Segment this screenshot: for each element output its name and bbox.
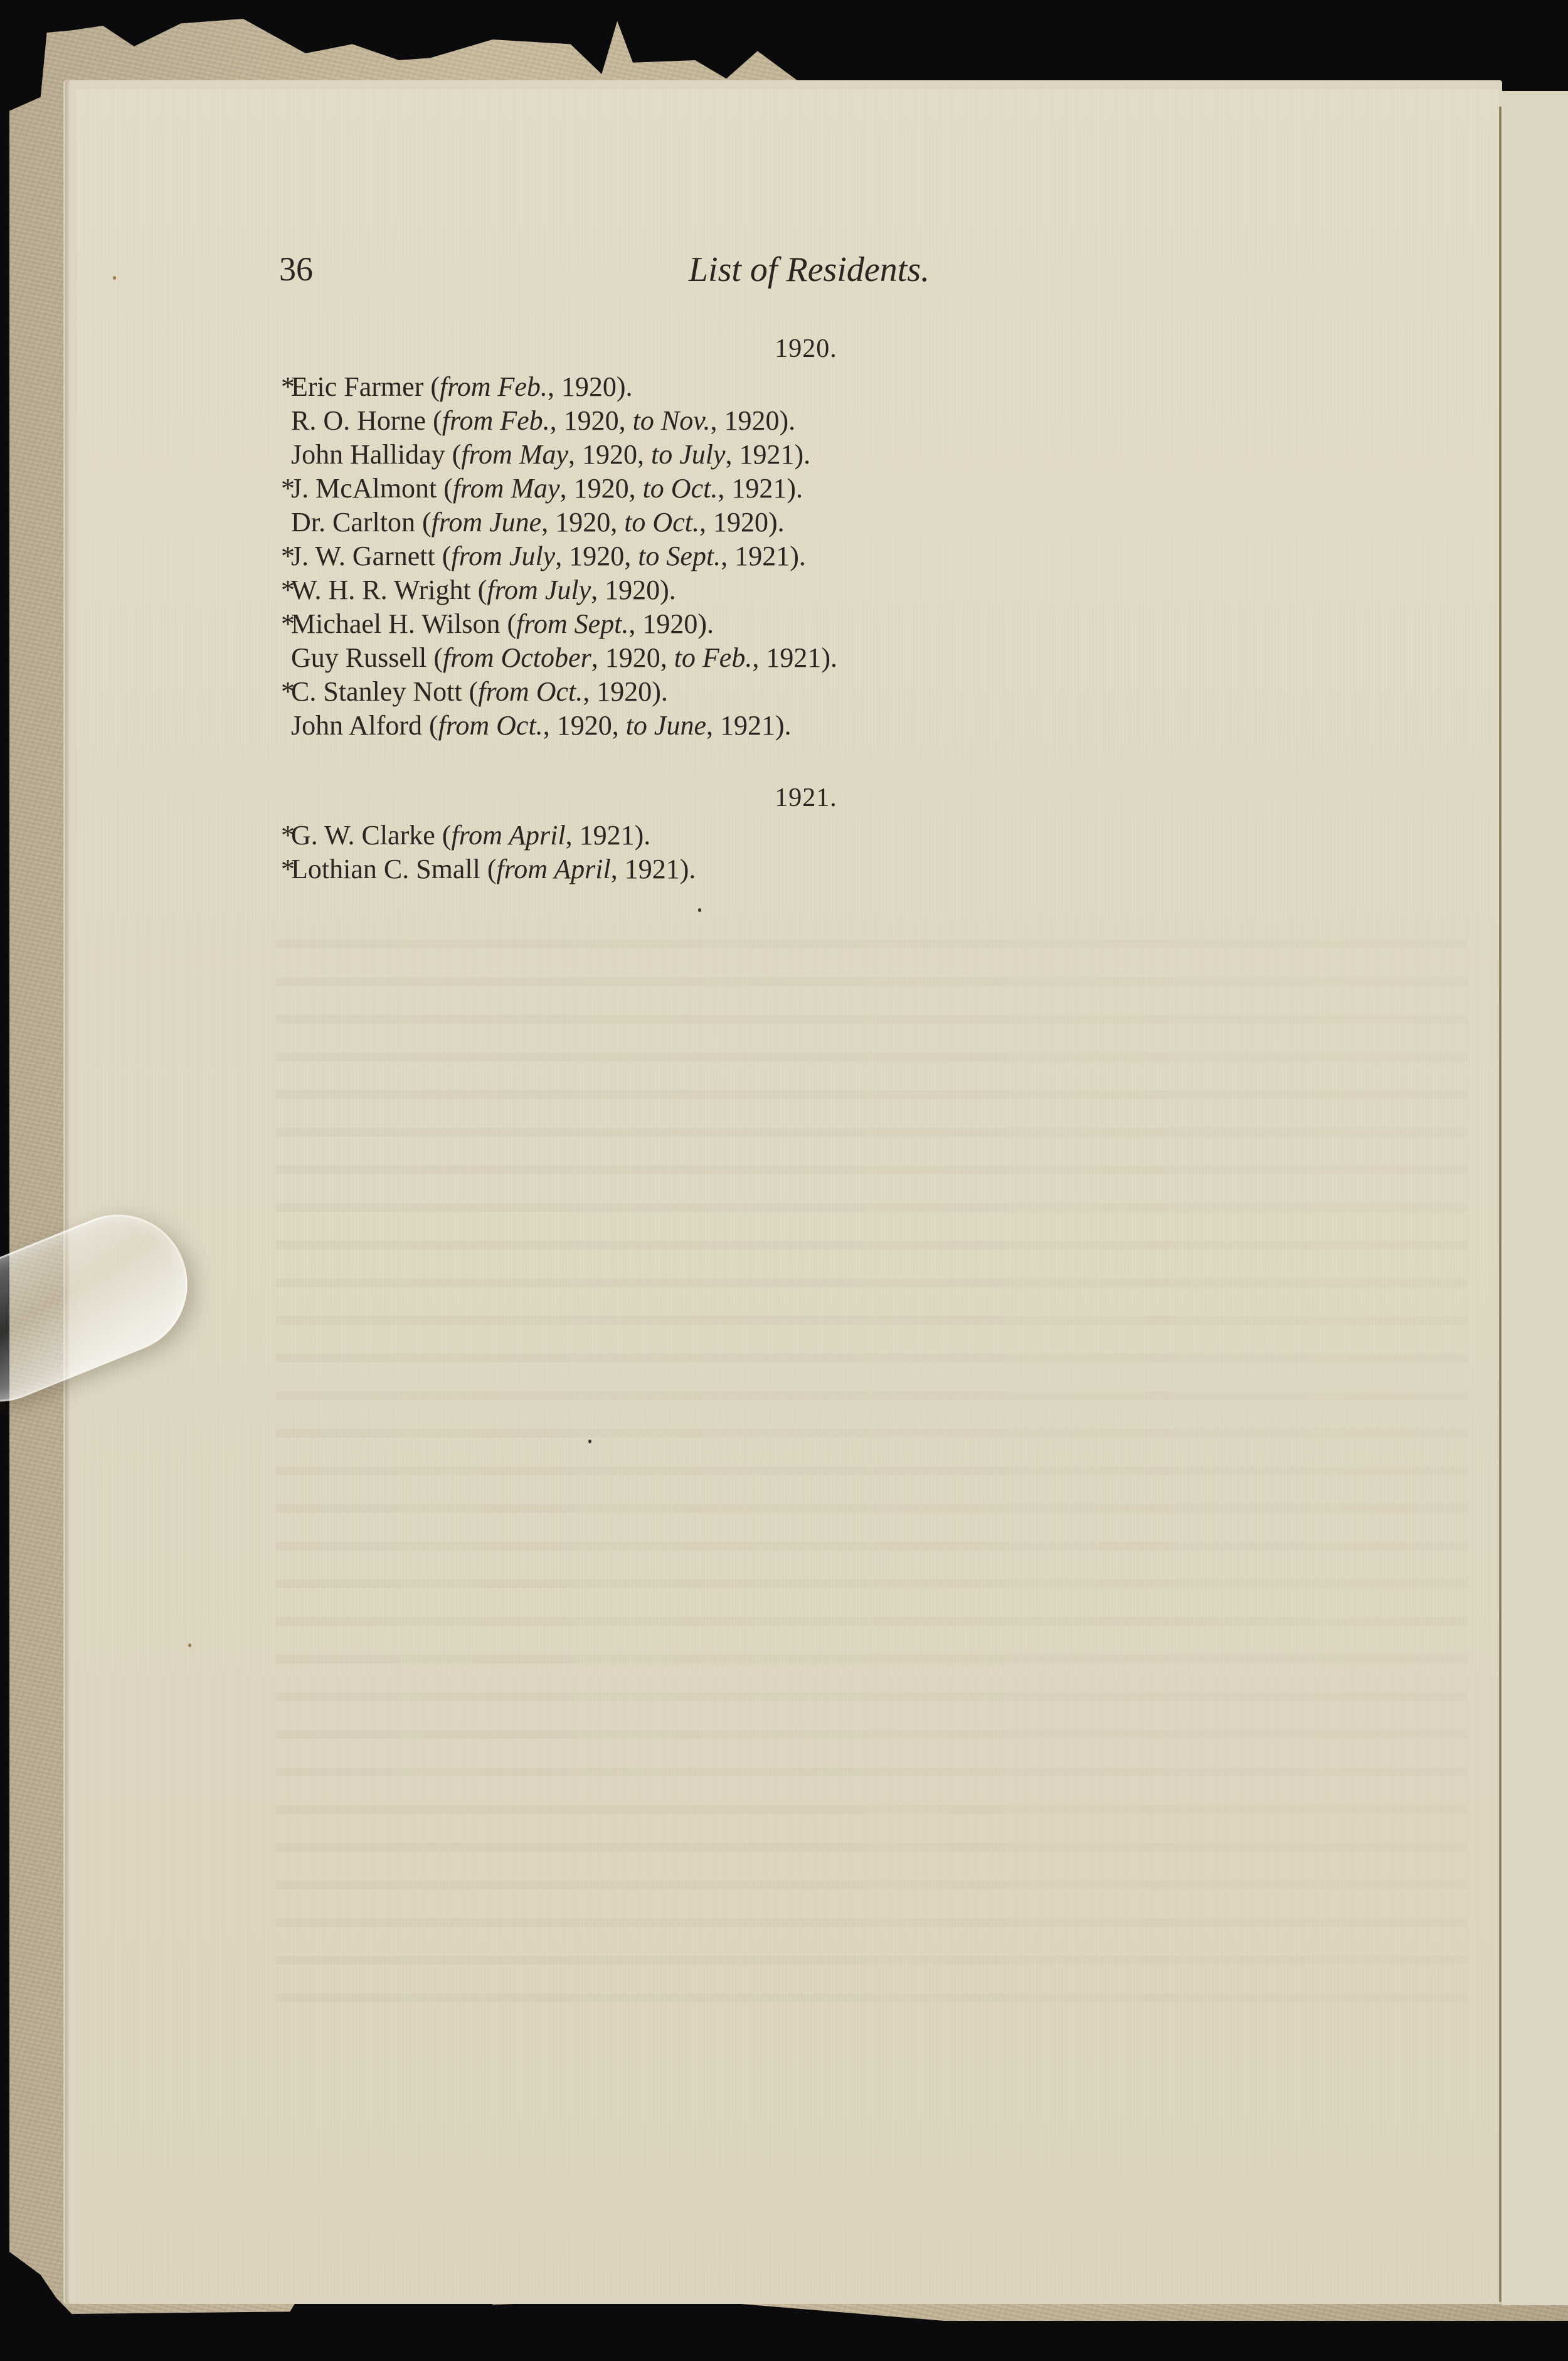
year-heading-1920: 1920. — [712, 334, 900, 364]
resident-entry: John Alford (from Oct., 1920, to June, 1… — [281, 709, 792, 743]
resident-entry: *W. H. R. Wright (from July, 1920). — [281, 573, 676, 607]
resident-entry: John Halliday (from May, 1920, to July, … — [281, 438, 810, 472]
ink-dot — [588, 1440, 591, 1443]
facing-page-edge — [1502, 91, 1568, 2305]
resident-entry: Dr. Carlton (from June, 1920, to Oct., 1… — [281, 506, 785, 539]
ink-dot — [698, 908, 701, 912]
resident-entry: *G. W. Clarke (from April, 1921). — [281, 819, 650, 852]
paper-speck — [188, 1643, 191, 1647]
paper-speck — [113, 276, 116, 280]
page-gutter — [1499, 107, 1502, 2302]
page-number: 36 — [279, 250, 313, 289]
resident-entry: Guy Russell (from October, 1920, to Feb.… — [281, 641, 837, 675]
resident-entry: *Lothian C. Small (from April, 1921). — [281, 852, 696, 886]
resident-entry: *J. McAlmont (from May, 1920, to Oct., 1… — [281, 472, 803, 506]
resident-entry: R. O. Horne (from Feb., 1920, to Nov., 1… — [281, 404, 795, 438]
running-title: List of Residents. — [677, 250, 941, 290]
resident-entry: *C. Stanley Nott (from Oct., 1920). — [281, 675, 668, 709]
resident-entry: *Michael H. Wilson (from Sept., 1920). — [281, 607, 714, 641]
resident-entry: *Eric Farmer (from Feb., 1920). — [281, 370, 633, 404]
resident-entry: *J. W. Garnett (from July, 1920, to Sept… — [281, 539, 806, 573]
show-through-text — [276, 916, 1468, 2013]
year-heading-1921: 1921. — [712, 783, 900, 813]
